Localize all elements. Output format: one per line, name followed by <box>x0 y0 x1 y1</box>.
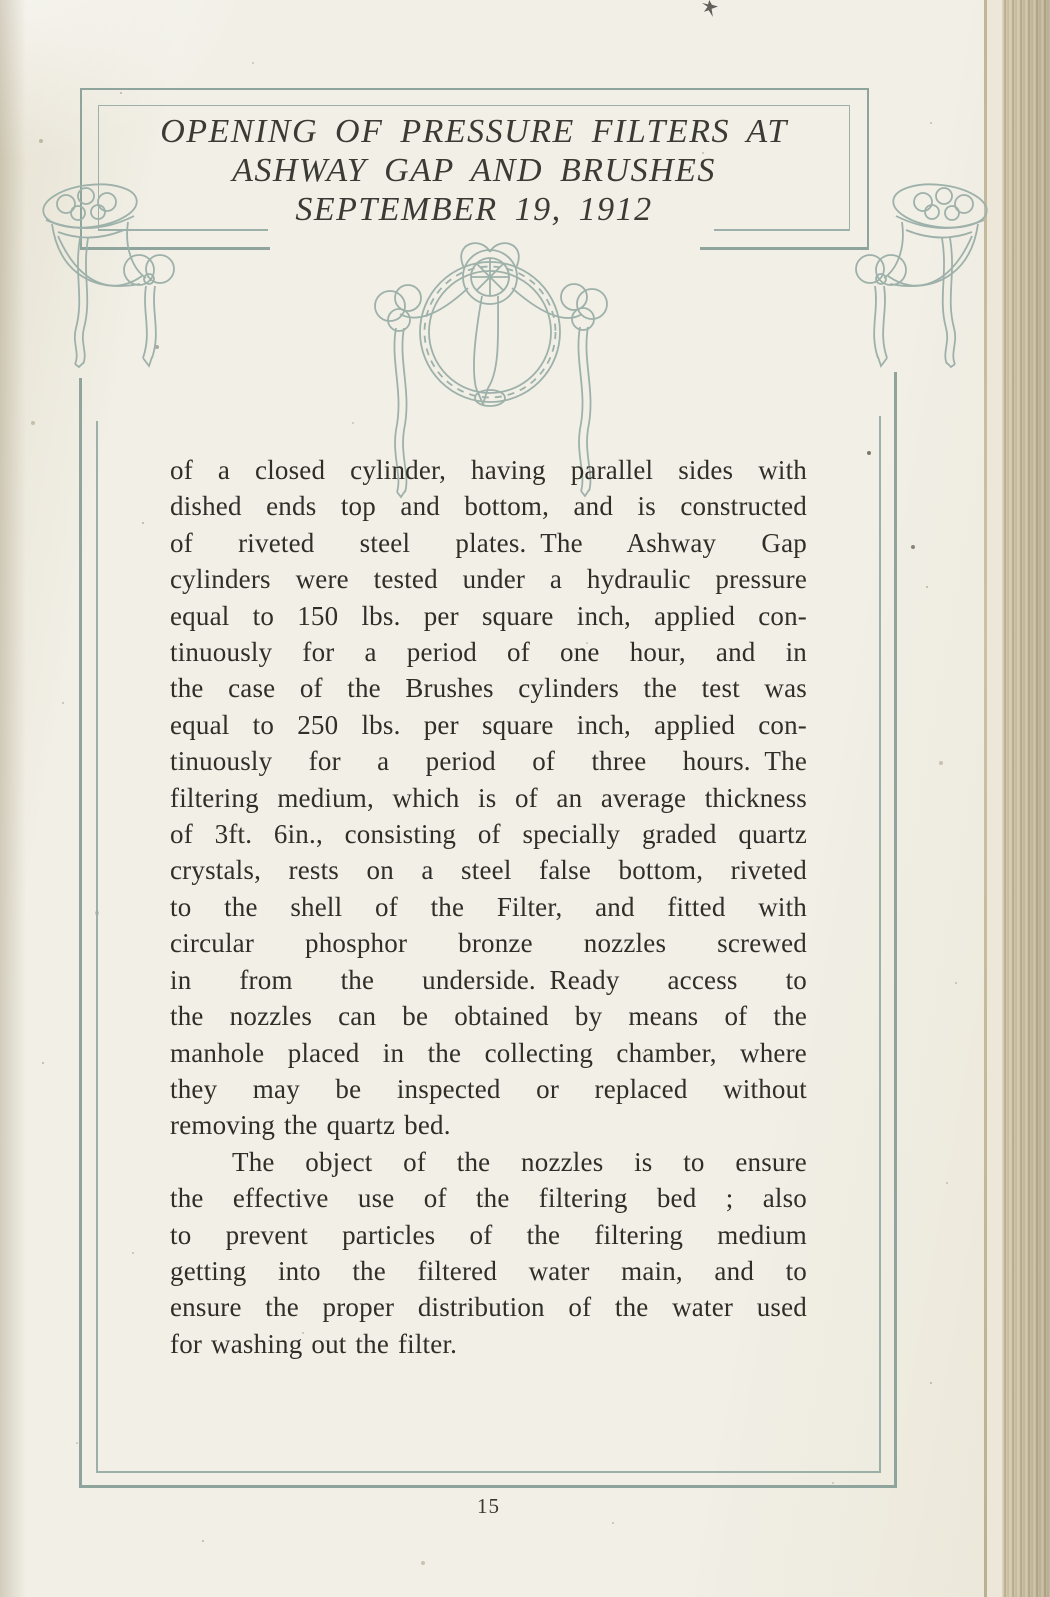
page-number: 15 <box>170 1494 807 1519</box>
text-line: manhole placed in the collecting chamber… <box>170 1035 807 1071</box>
cornucopia-ornament-icon <box>28 178 198 368</box>
title-line-3: SEPTEMBER 19, 1912 <box>100 190 848 229</box>
text-line: dished ends top and bottom, and is const… <box>170 488 807 524</box>
page-title: OPENING OF PRESSURE FILTERS AT ASHWAY GA… <box>100 112 848 229</box>
scanned-book-page: OPENING OF PRESSURE FILTERS AT ASHWAY GA… <box>0 0 1050 1597</box>
text-line: of a closed cylinder, having parallel si… <box>170 452 807 488</box>
text-line: crystals, rests on a steel false bottom,… <box>170 852 807 888</box>
frame-border <box>96 421 98 1473</box>
gutter-shade <box>0 0 26 1597</box>
frame-border <box>79 1485 897 1488</box>
text-line: The object of the nozzles is to ensure <box>170 1144 807 1180</box>
text-line: equal to 150 lbs. per square inch, appli… <box>170 598 807 634</box>
text-line: circular phosphor bronze nozzles screwed <box>170 925 807 961</box>
body-text: of a closed cylinder, having parallel si… <box>170 452 807 1362</box>
text-line: they may be inspected or replaced withou… <box>170 1071 807 1107</box>
frame-border <box>79 378 82 1488</box>
text-line: for washing out the filter. <box>170 1326 807 1362</box>
frame-border <box>894 372 897 1488</box>
text-line: in from the underside. Ready access to <box>170 962 807 998</box>
text-line: getting into the filtered water main, an… <box>170 1253 807 1289</box>
title-line-2: ASHWAY GAP AND BRUSHES <box>100 151 848 190</box>
frame-border <box>96 1471 881 1473</box>
text-line: the nozzles can be obtained by means of … <box>170 998 807 1034</box>
paragraph: The object of the nozzles is to ensureth… <box>170 1144 807 1362</box>
text-line: of 3ft. 6in., consisting of specially gr… <box>170 816 807 852</box>
text-line: tinuously for a period of one hour, and … <box>170 634 807 670</box>
paragraph: of a closed cylinder, having parallel si… <box>170 452 807 1144</box>
title-line-1: OPENING OF PRESSURE FILTERS AT <box>100 112 848 151</box>
text-line: to the shell of the Filter, and fitted w… <box>170 889 807 925</box>
text-line: of riveted steel plates. The Ashway Gap <box>170 525 807 561</box>
ink-mark <box>702 0 718 17</box>
text-line: filtering medium, which is of an average… <box>170 780 807 816</box>
text-line: ensure the proper distribution of the wa… <box>170 1289 807 1325</box>
frame-border <box>879 416 881 1473</box>
page-edge-stripes <box>1002 0 1050 1597</box>
text-line: equal to 250 lbs. per square inch, appli… <box>170 707 807 743</box>
title-box-border-segment <box>714 229 850 231</box>
paper-speckles <box>0 0 2 2</box>
text-line: tinuously for a period of three hours. T… <box>170 743 807 779</box>
cornucopia-ornament-icon <box>832 178 1002 368</box>
text-line: the effective use of the filtering bed ;… <box>170 1180 807 1216</box>
text-line: removing the quartz bed. <box>170 1107 807 1143</box>
text-line: the case of the Brushes cylinders the te… <box>170 670 807 706</box>
text-line: to prevent particles of the filtering me… <box>170 1217 807 1253</box>
text-line: cylinders were tested under a hydraulic … <box>170 561 807 597</box>
